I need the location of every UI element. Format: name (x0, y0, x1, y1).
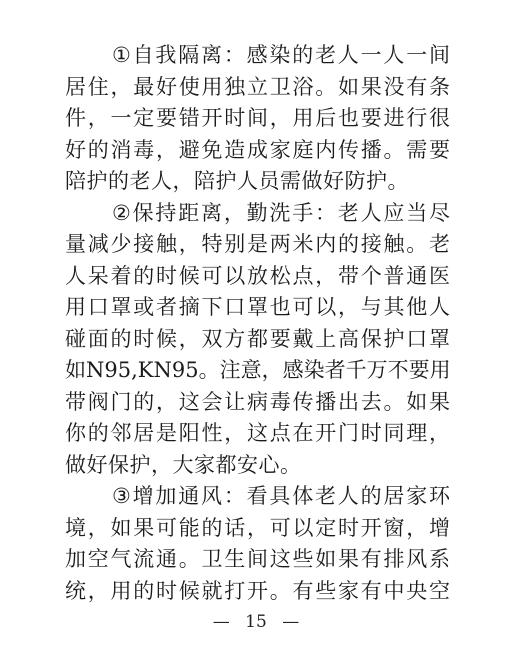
text-line: ③增加通风：看具体老人的居家环 (65, 481, 450, 513)
text-line: 量减少接触，特别是两米内的接触。老 (65, 229, 450, 261)
text-line: 你的邻居是阳性，这点在开门时同理， (65, 418, 450, 450)
text-line: 好的消毒，避免造成家庭内传播。需要 (65, 135, 450, 167)
text-line: 加空气流通。卫生间这些如果有排风系 (65, 544, 450, 576)
text-line: 境，如果可能的话，可以定时开窗，增 (65, 513, 450, 545)
text-line: 件，一定要错开时间，用后也要进行很 (65, 103, 450, 135)
document-page: ①自我隔离：感染的老人一人一间居住，最好使用独立卫浴。如果没有条件，一定要错开时… (0, 0, 512, 650)
text-line: 用口罩或者摘下口罩也可以，与其他人 (65, 292, 450, 324)
text-line: 碰面的时候，双方都要戴上高保护口罩 (65, 324, 450, 356)
body-text: ①自我隔离：感染的老人一人一间居住，最好使用独立卫浴。如果没有条件，一定要错开时… (65, 40, 450, 607)
text-line: 统，用的时候就打开。有些家有中央空 (65, 576, 450, 608)
text-line: 如N95,KN95。注意，感染者千万不要用 (65, 355, 450, 387)
text-line: 做好保护，大家都安心。 (65, 450, 450, 482)
text-line: ②保持距离，勤洗手：老人应当尽 (65, 198, 450, 230)
text-line: 人呆着的时候可以放松点，带个普通医 (65, 261, 450, 293)
text-line: 带阀门的，这会让病毒传播出去。如果 (65, 387, 450, 419)
text-line: 陪护的老人，陪护人员需做好防护。 (65, 166, 450, 198)
text-line: ①自我隔离：感染的老人一人一间 (65, 40, 450, 72)
text-line: 居住，最好使用独立卫浴。如果没有条 (65, 72, 450, 104)
page-number: — 15 — (0, 612, 512, 632)
